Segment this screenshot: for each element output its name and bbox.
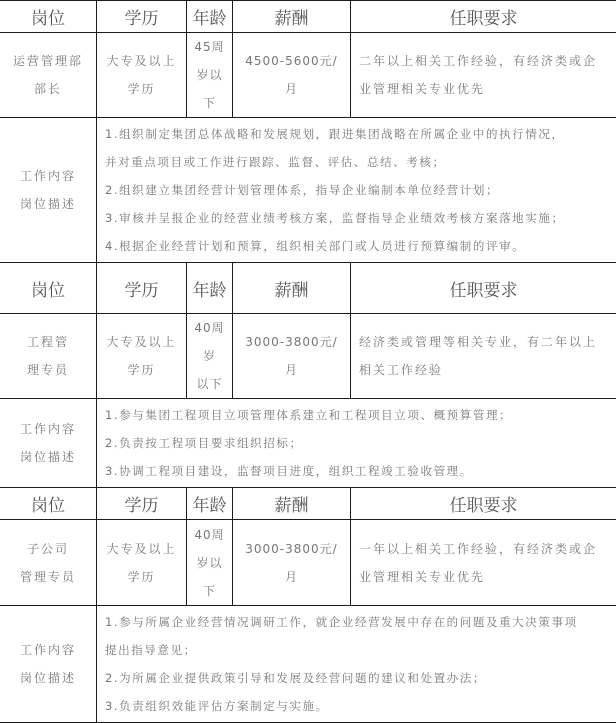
position-title: 工程管 理专员 — [0, 314, 97, 399]
age-line: 岁以 — [187, 549, 232, 577]
job-positions-table: 岗位 学历 年龄 薪酬 任职要求 运营管理部 部长 大专及以上 学历 45周 岁… — [0, 0, 616, 710]
description-line: 1.参与所属企业经营情况调研工作，就企业经营发展中存在的问题及重大决策事项 — [105, 608, 610, 636]
requirement-line: 经济类或管理等相关专业，有二年以上 — [359, 328, 610, 356]
description-line: 1.组织制定集团总体战略和发展规划，跟进集团战略在所属企业中的执行情况， — [105, 120, 610, 148]
description-line: 2.组织建立集团经营计划管理体系，指导企业编制本单位经营计划； — [105, 176, 610, 204]
header-position: 岗位 — [0, 263, 97, 314]
position-title: 运营管理部 部长 — [0, 33, 97, 118]
age-line: 岁 — [187, 342, 232, 370]
requirements: 一年以上相关工作经验，有经济类或企 业管理相关专业优先 — [351, 520, 616, 606]
age: 40周 岁 以下 — [187, 314, 233, 399]
description-line: 3.负责组织效能评估方案制定与实施。 — [105, 692, 610, 710]
label-line: 工作内容 — [0, 415, 96, 443]
age-line: 40周 — [187, 521, 232, 549]
requirement-line: 相关工作经验 — [359, 356, 610, 384]
age-line: 以下 — [187, 370, 232, 398]
description-line: 2.负责按工程项目要求组织招标； — [105, 429, 610, 457]
salary: 4500-5600元/ 月 — [233, 33, 351, 118]
description-line: 提出指导意见； — [105, 636, 610, 664]
label-line: 工作内容 — [0, 636, 96, 664]
salary: 3000-3800元/ 月 — [233, 520, 351, 606]
age-line: 45周 — [187, 33, 232, 61]
description-body: 1.组织制定集团总体战略和发展规划，跟进集团战略在所属企业中的执行情况， 并对重… — [97, 118, 616, 263]
salary-line: 3000-3800元/ — [233, 328, 350, 356]
description-row-1: 工作内容 岗位描述 1.组织制定集团总体战略和发展规划，跟进集团战略在所属企业中… — [0, 118, 616, 263]
header-row-3: 岗位 学历 年龄 薪酬 任职要求 — [0, 488, 616, 520]
description-line: 2.为所属企业提供政策引导和发展及经营问题的建议和处置办法； — [105, 664, 610, 692]
position-row-3: 子公司 管理专员 大专及以上 学历 40周 岁以 下 3000-3800元/ 月… — [0, 520, 616, 606]
description-label: 工作内容 岗位描述 — [0, 399, 97, 488]
label-line: 岗位描述 — [0, 190, 96, 218]
education: 大专及以上 学历 — [97, 33, 187, 118]
header-age: 年龄 — [187, 1, 233, 33]
label-line: 岗位描述 — [0, 443, 96, 471]
description-line: 1.参与集团工程项目立项管理体系建立和工程项目立项、概预算管理； — [105, 401, 610, 429]
description-label: 工作内容 岗位描述 — [0, 118, 97, 263]
education-line: 学历 — [97, 75, 186, 103]
description-row-2: 工作内容 岗位描述 1.参与集团工程项目立项管理体系建立和工程项目立项、概预算管… — [0, 399, 616, 488]
education-line: 学历 — [97, 356, 186, 384]
age: 40周 岁以 下 — [187, 520, 233, 606]
header-education: 学历 — [97, 488, 187, 520]
title-line: 运营管理部 — [0, 47, 96, 75]
title-line: 部长 — [0, 75, 96, 103]
age-line: 下 — [187, 577, 232, 605]
education-line: 学历 — [97, 563, 186, 591]
header-age: 年龄 — [187, 263, 233, 314]
label-line: 工作内容 — [0, 162, 96, 190]
header-position: 岗位 — [0, 1, 97, 33]
education: 大专及以上 学历 — [97, 314, 187, 399]
header-requirements: 任职要求 — [351, 1, 616, 33]
description-label: 工作内容 岗位描述 — [0, 606, 97, 711]
header-age: 年龄 — [187, 488, 233, 520]
age-line: 40周 — [187, 314, 232, 342]
education-line: 大专及以上 — [97, 328, 186, 356]
description-line: 4.根据企业经营计划和预算，组织相关部门或人员进行预算编制的评审。 — [105, 232, 610, 260]
header-row-2: 岗位 学历 年龄 薪酬 任职要求 — [0, 263, 616, 314]
header-requirements: 任职要求 — [351, 488, 616, 520]
salary-line: 月 — [233, 563, 350, 591]
description-line: 3.审核并呈报企业的经营业绩考核方案，监督指导企业绩效考核方案落地实施； — [105, 204, 610, 232]
salary-line: 4500-5600元/ — [233, 47, 350, 75]
requirement-line: 一年以上相关工作经验，有经济类或企 — [359, 535, 610, 563]
position-row-2: 工程管 理专员 大专及以上 学历 40周 岁 以下 3000-3800元/ 月 … — [0, 314, 616, 399]
salary-line: 月 — [233, 75, 350, 103]
salary-line: 3000-3800元/ — [233, 535, 350, 563]
header-education: 学历 — [97, 263, 187, 314]
description-line: 并对重点项目或工作进行跟踪、监督、评估、总结、考核； — [105, 148, 610, 176]
requirement-line: 业管理相关专业优先 — [359, 75, 610, 103]
description-body: 1.参与所属企业经营情况调研工作，就企业经营发展中存在的问题及重大决策事项 提出… — [97, 606, 616, 711]
label-line: 岗位描述 — [0, 664, 96, 692]
description-body: 1.参与集团工程项目立项管理体系建立和工程项目立项、概预算管理； 2.负责按工程… — [97, 399, 616, 488]
header-requirements: 任职要求 — [351, 263, 616, 314]
requirement-line: 二年以上相关工作经验，有经济类或企 — [359, 47, 610, 75]
description-line: 3.协调工程项目建设，监督项目进度，组织工程竣工验收管理。 — [105, 457, 610, 485]
position-title: 子公司 管理专员 — [0, 520, 97, 606]
description-row-3: 工作内容 岗位描述 1.参与所属企业经营情况调研工作，就企业经营发展中存在的问题… — [0, 606, 616, 711]
title-line: 管理专员 — [0, 563, 96, 591]
header-position: 岗位 — [0, 488, 97, 520]
education-line: 大专及以上 — [97, 535, 186, 563]
header-salary: 薪酬 — [233, 488, 351, 520]
salary-line: 月 — [233, 356, 350, 384]
header-salary: 薪酬 — [233, 1, 351, 33]
title-line: 子公司 — [0, 535, 96, 563]
requirements: 二年以上相关工作经验，有经济类或企 业管理相关专业优先 — [351, 33, 616, 118]
education: 大专及以上 学历 — [97, 520, 187, 606]
header-salary: 薪酬 — [233, 263, 351, 314]
position-row-1: 运营管理部 部长 大专及以上 学历 45周 岁以 下 4500-5600元/ 月… — [0, 33, 616, 118]
header-education: 学历 — [97, 1, 187, 33]
age-line: 岁以 — [187, 61, 232, 89]
salary: 3000-3800元/ 月 — [233, 314, 351, 399]
header-row-1: 岗位 学历 年龄 薪酬 任职要求 — [0, 1, 616, 33]
requirements: 经济类或管理等相关专业，有二年以上 相关工作经验 — [351, 314, 616, 399]
title-line: 工程管 — [0, 328, 96, 356]
title-line: 理专员 — [0, 356, 96, 384]
age: 45周 岁以 下 — [187, 33, 233, 118]
age-line: 下 — [187, 89, 232, 117]
education-line: 大专及以上 — [97, 47, 186, 75]
requirement-line: 业管理相关专业优先 — [359, 563, 610, 591]
